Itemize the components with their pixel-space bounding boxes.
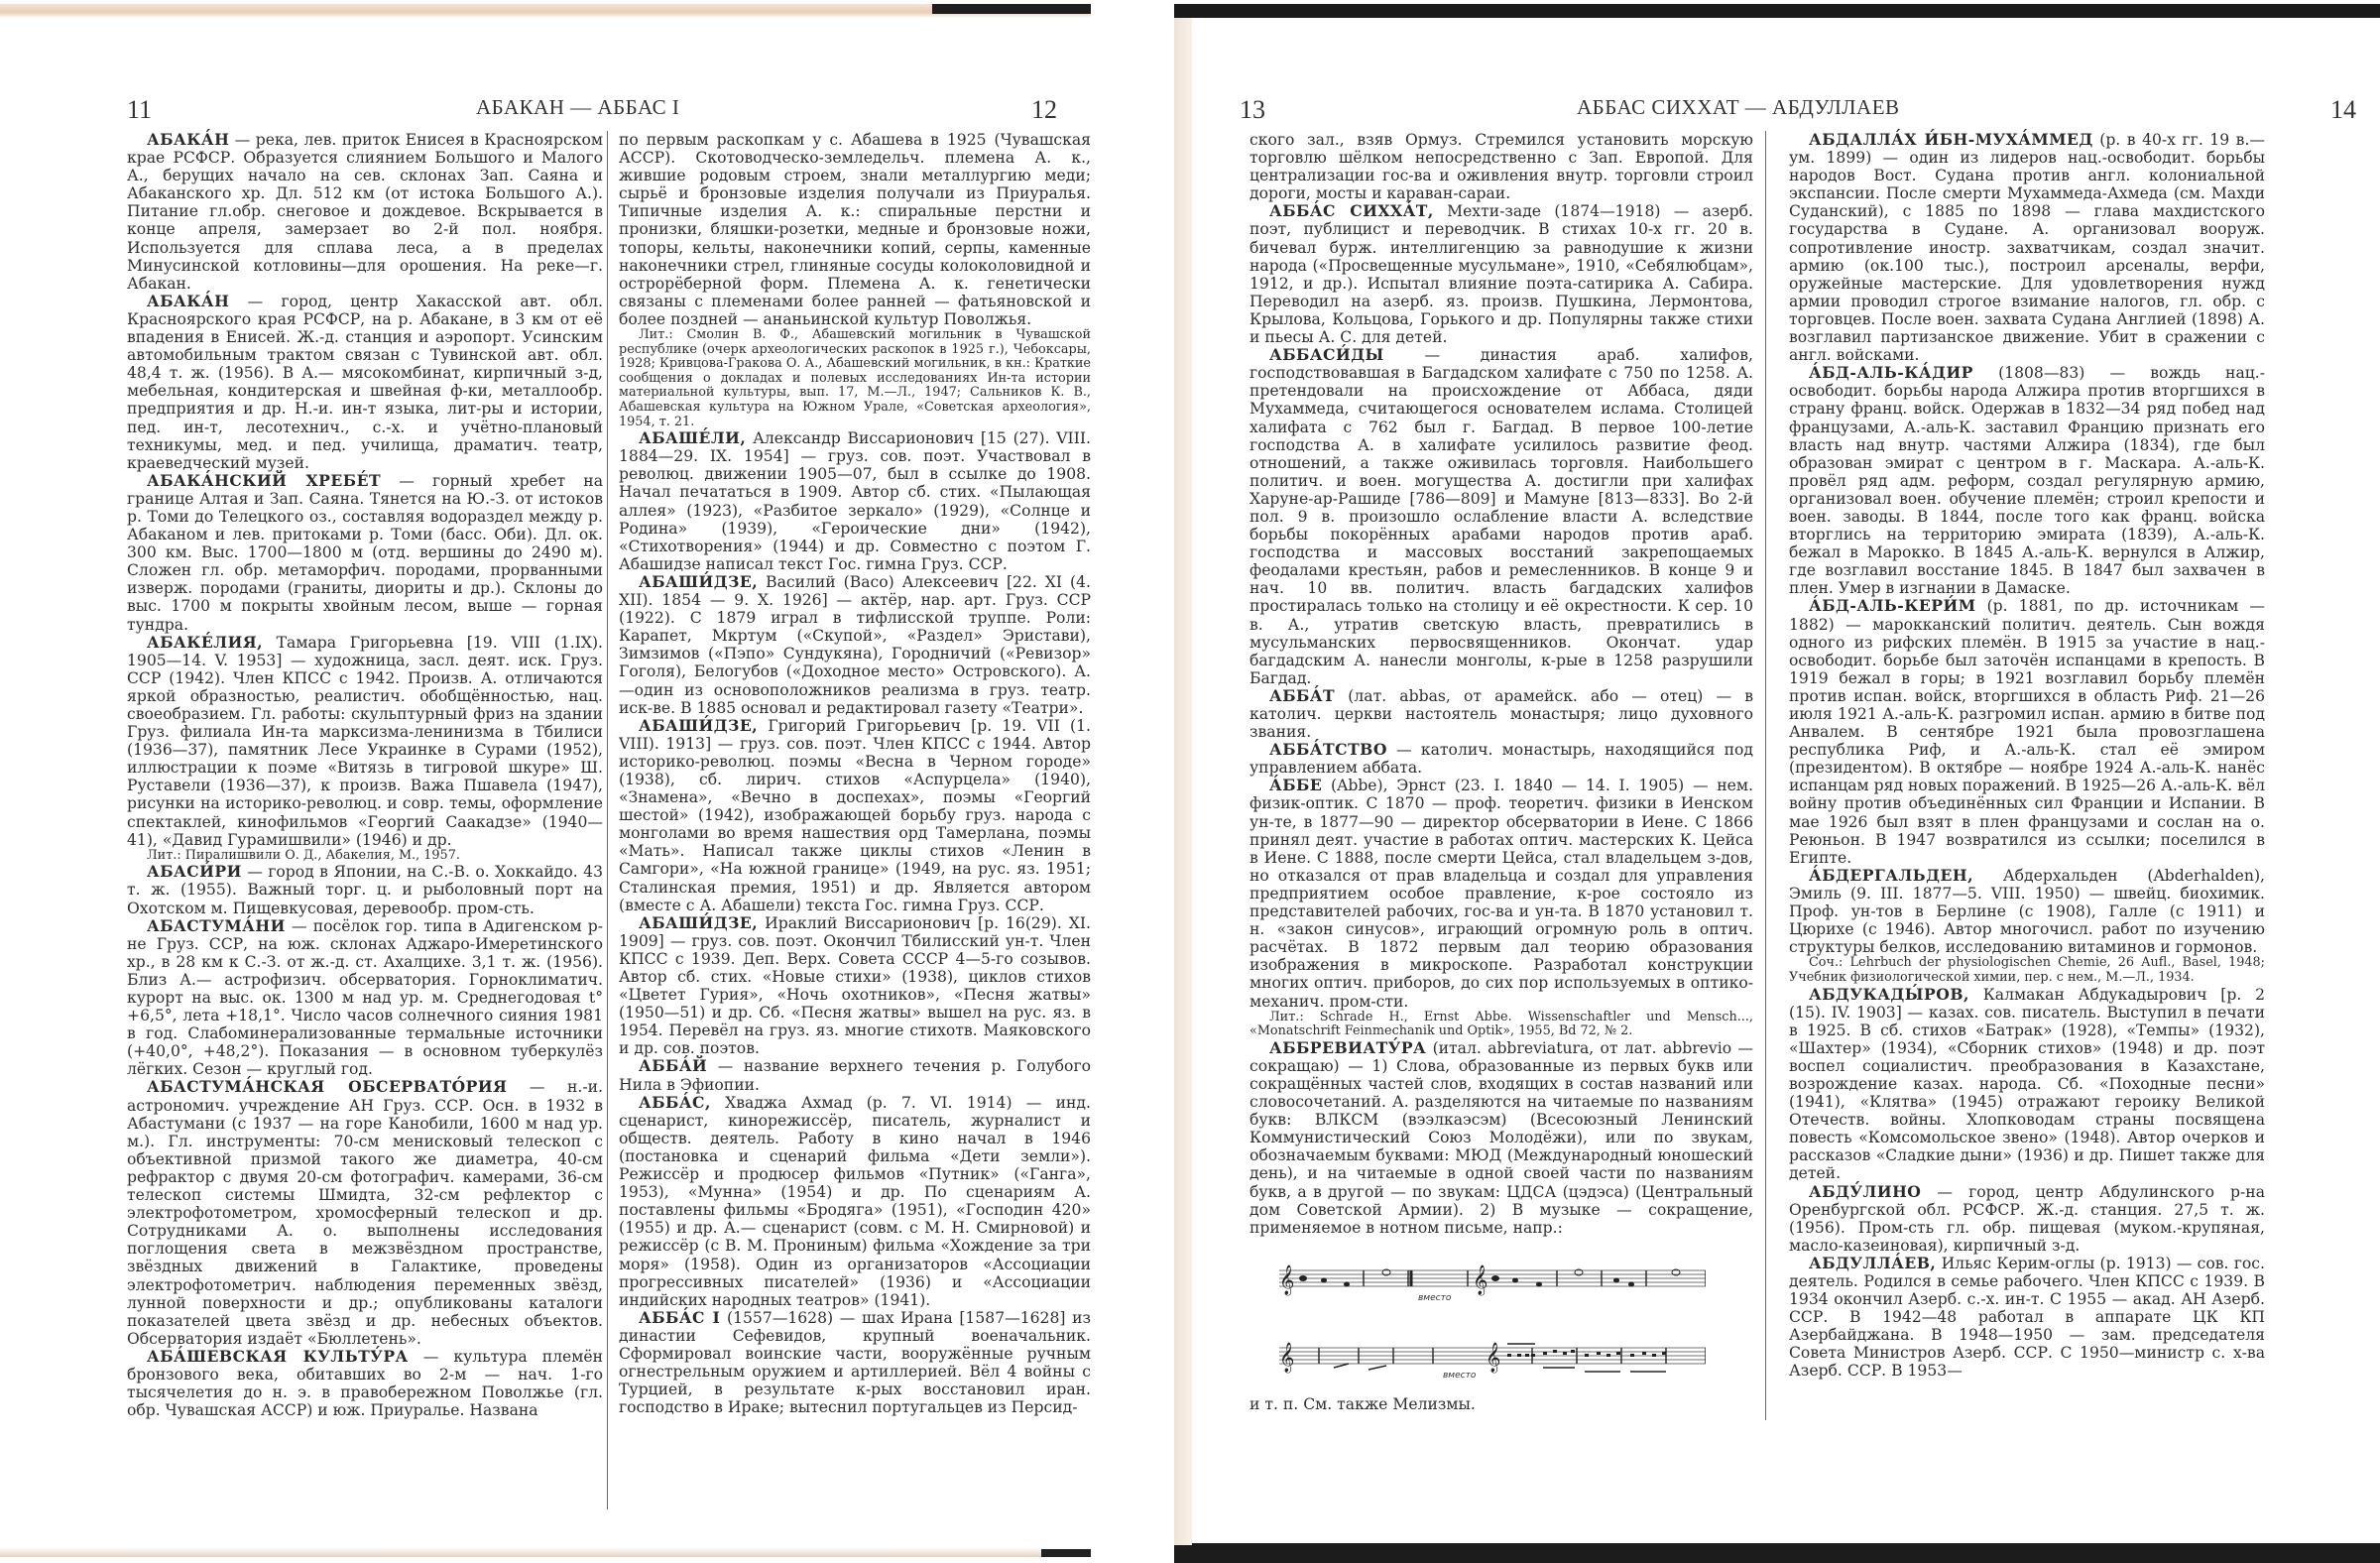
entry-body: (р. в 40-х гг. 19 в.— ум. 1899) — один и…: [1789, 131, 2265, 364]
column-rule: [607, 131, 608, 1509]
literature-reference: Лит.: Пиралишвили О. Д., Абакелия, М., 1…: [127, 849, 603, 864]
instead-label: вместо: [1418, 1293, 1452, 1303]
entry-headword: АБАСИ́РИ: [147, 862, 242, 881]
entry-headword: АБАКА́Н: [147, 130, 229, 149]
page-number-left: 11: [127, 95, 152, 125]
entry-headword: АБДУКАДЫ́РОВ,: [1809, 985, 1969, 1004]
literature-reference: Лит.: Schrade H., Ernst Abbe. Wissenscha…: [1249, 1011, 1753, 1039]
encyclopedia-entry: АБДУЛЛА́ЕВ, Ильяс Керим-оглы (р. 1913) —…: [1789, 1255, 2265, 1381]
encyclopedia-entry: АБАСТУМА́НСКАЯ ОБСЕРВАТО́РИЯ — н.-и. аст…: [127, 1078, 603, 1347]
entry-body: (Abbe), Эрнст (23. I. 1840 — 14. I. 1905…: [1249, 777, 1753, 1010]
entry-body: (итал. abbreviatura, от лат. abbrevio — …: [1249, 1039, 1753, 1237]
entry-body: — посёлок гор. типа в Адигенском р-не Гр…: [127, 917, 603, 1079]
encyclopedia-entry: АББА́Й — название верхнего течения р. Го…: [619, 1057, 1091, 1093]
encyclopedia-entry: АББА́С I (1557—1628) — шах Ирана [1587—1…: [619, 1309, 1091, 1417]
entry-headword: АБАШИ́ДЗЕ,: [639, 572, 758, 591]
entry-headword: АБДУЛЛА́ЕВ,: [1809, 1254, 1936, 1272]
page-number-right: 14: [2330, 95, 2356, 125]
entry-body: Ираклий Виссарионович [р. 16(29). XI. 19…: [619, 914, 1091, 1058]
literature-reference: Соч.: Lehrbuch der physiologischen Chemi…: [1789, 956, 2265, 985]
encyclopedia-entry: А́ББЕ (Abbe), Эрнст (23. I. 1840 — 14. I…: [1249, 777, 1753, 1010]
encyclopedia-entry: АББА́Т (лат. abbas, от арамейск. або — о…: [1249, 687, 1753, 741]
entry-headword: А́БДЕРГАЛЬДЕН,: [1809, 866, 1973, 885]
article-tail: и т. п. См. также Мелизмы.: [1249, 1395, 1753, 1413]
svg-text:𝄞: 𝄞: [1473, 1264, 1487, 1296]
entry-headword: АБАКА́Н: [147, 292, 229, 310]
text-column: АБАКА́Н — река, лев. приток Енисея в Кра…: [127, 131, 603, 1419]
entry-headword: АБАСТУМА́НСКАЯ ОБСЕРВАТО́РИЯ: [147, 1077, 507, 1096]
encyclopedia-entry: АБАКА́Н — река, лев. приток Енисея в Кра…: [127, 131, 603, 293]
entry-body: Мехти-заде (1874—1918) — азерб. поэт, пу…: [1249, 202, 1753, 346]
running-head: АББАС СИХХАТ — АБДУЛЛАЕВ: [1577, 95, 1900, 120]
entry-body: Василий (Васо) Алексеевич [22. XI (4. XI…: [619, 573, 1091, 717]
entry-body: — город, центр Хакасской авт. обл. Красн…: [127, 293, 603, 472]
entry-headword: АБАКЕ́ЛИЯ,: [147, 633, 263, 652]
entry-headword: АБАШИ́ДЗЕ,: [639, 913, 758, 932]
column-rule: [1765, 131, 1766, 1420]
entry-body: — река, лев. приток Енисея в Красноярско…: [127, 131, 603, 293]
encyclopedia-entry: АББА́С, Хваджа Ахмад (р. 7. VI. 1914) — …: [619, 1094, 1091, 1309]
entry-body: Александр Виссарионович [15 (27). VIII. …: [619, 429, 1091, 573]
svg-text:𝄞: 𝄞: [1279, 1264, 1294, 1296]
encyclopedia-entry: АБАШИ́ДЗЕ, Григорий Григорьевич [р. 19. …: [619, 717, 1091, 914]
text-column: по первым раскопкам у с. Абашева в 1925 …: [619, 131, 1091, 1416]
encyclopedia-entry: А́БД-АЛЬ-КА́ДИР (1808—83) — вождь нац.-о…: [1789, 364, 2265, 597]
literature-reference: Лит.: Смолин В. Ф., Абашевский могильник…: [619, 328, 1091, 429]
encyclopedia-entry: АБАШЕ́ЛИ, Александр Виссарионович [15 (2…: [619, 429, 1091, 573]
entry-headword: АББА́С I: [639, 1308, 720, 1327]
entry-body: Григорий Григорьевич [р. 19. VII (1. VII…: [619, 717, 1091, 914]
entry-headword: АББА́Т: [1269, 686, 1335, 705]
encyclopedia-entry: АБАШИ́ДЗЕ, Василий (Васо) Алексеевич [22…: [619, 573, 1091, 717]
entry-headword: А́БД-АЛЬ-КЕРИ́М: [1809, 596, 1975, 615]
entry-headword: АББА́С,: [639, 1093, 711, 1112]
entry-body: — династия араб. халифов, господствовавш…: [1249, 346, 1753, 687]
entry-body: Тамара Григорьевна [19. VIII (1.IX). 190…: [127, 634, 603, 849]
encyclopedia-entry: АБДУКАДЫ́РОВ, Калмакан Абдукадырович [р.…: [1789, 986, 2265, 1183]
encyclopedia-entry: А́БДЕРГАЛЬДЕН, Абдерхальден (Abderhalden…: [1789, 867, 2265, 956]
entry-body: (1808—83) — вождь нац.-освободит. борьбы…: [1789, 364, 2265, 597]
running-head: АБАКАН — АББАС I: [476, 95, 679, 120]
entry-headword: А́ББЕ: [1269, 776, 1322, 794]
encyclopedia-entry: АБДУ́ЛИНО — город, центр Абдулинского р-…: [1789, 1183, 2265, 1255]
left-page: 11 АБАКАН — АББАС I 12 АБАКА́Н — река, л…: [0, 0, 1091, 1563]
encyclopedia-entry: АБДАЛЛА́Х И́БН-МУХА́ММЕД (р. в 40-х гг. …: [1789, 131, 2265, 364]
encyclopedia-entry: АБА́ШЕВСКАЯ КУЛЬТУ́РА — культура племён …: [127, 1348, 603, 1419]
page-number-right: 12: [1031, 95, 1057, 125]
entry-headword: А́БД-АЛЬ-КА́ДИР: [1809, 363, 1973, 382]
entry-body: Ильяс Керим-оглы (р. 1913) — сов. гос. д…: [1789, 1255, 2265, 1381]
entry-headword: АБДАЛЛА́Х И́БН-МУХА́ММЕД: [1809, 130, 2093, 149]
encyclopedia-entry: АББАСИ́ДЫ — династия араб. халифов, госп…: [1249, 346, 1753, 687]
encyclopedia-entry: АБАСИ́РИ — город в Японии, на С.-В. о. Х…: [127, 863, 603, 916]
page-number-left: 13: [1240, 95, 1265, 125]
encyclopedia-entry: АБАКЕ́ЛИЯ, Тамара Григорьевна [19. VIII …: [127, 634, 603, 849]
entry-headword: АББА́С СИХХА́Т,: [1269, 201, 1434, 220]
encyclopedia-entry: АББРЕВИАТУ́РА (итал. abbreviatura, от ла…: [1249, 1039, 1753, 1237]
entry-body: Калмакан Абдукадырович [р. 2 (15). IV. 1…: [1789, 986, 2265, 1183]
right-page: 13 АББАС СИХХАТ — АБДУЛЛАЕВ 14 ского зал…: [1190, 0, 2380, 1563]
encyclopedia-entry: АББА́С СИХХА́Т, Мехти-заде (1874—1918) —…: [1249, 202, 1753, 346]
encyclopedia-entry: АБАКА́НСКИЙ ХРЕБЕ́Т — горный хребет на г…: [127, 472, 603, 634]
staff-notation-icon: 𝄞𝄞 𝄞𝄞: [1269, 1251, 1706, 1389]
entry-headword: АБАКА́НСКИЙ ХРЕБЕ́Т: [147, 471, 381, 490]
entry-body: Хваджа Ахмад (р. 7. VI. 1914) — инд. сце…: [619, 1094, 1091, 1309]
entry-body: — н.-и. астрономич. учреждение АН Груз. …: [127, 1078, 603, 1347]
entry-headword: АБАШЕ́ЛИ,: [639, 428, 746, 447]
instead-label: вместо: [1443, 1371, 1477, 1381]
entry-headword: АБА́ШЕВСКАЯ КУЛЬТУ́РА: [147, 1347, 409, 1366]
entry-headword: АБАСТУМА́НИ: [147, 916, 286, 935]
entry-body: — горный хребет на границе Алтая и Зап. …: [127, 472, 603, 634]
entry-headword: АББАСИ́ДЫ: [1269, 345, 1384, 364]
text-column: АБДАЛЛА́Х И́БН-МУХА́ММЕД (р. в 40-х гг. …: [1789, 131, 2265, 1381]
svg-text:𝄞: 𝄞: [1486, 1342, 1500, 1374]
encyclopedia-entry: АБАСТУМА́НИ — посёлок гор. типа в Адиген…: [127, 917, 603, 1079]
text-column: ского зал., взяв Ормуз. Стремился устано…: [1249, 131, 1753, 1413]
article-continuation: ского зал., взяв Ормуз. Стремился устано…: [1249, 131, 1753, 202]
encyclopedia-entry: АБАКА́Н — город, центр Хакасской авт. об…: [127, 293, 603, 472]
entry-headword: АББА́Й: [639, 1056, 707, 1075]
encyclopedia-entry: А́БД-АЛЬ-КЕРИ́М (р. 1881, по др. источни…: [1789, 597, 2265, 866]
music-notation-example: 𝄞𝄞 𝄞𝄞: [1269, 1251, 1753, 1389]
encyclopedia-entry: АБАШИ́ДЗЕ, Ираклий Виссарионович [р. 16(…: [619, 914, 1091, 1058]
entry-headword: АБДУ́ЛИНО: [1809, 1182, 1921, 1201]
entry-headword: АББА́ТСТВО: [1269, 740, 1387, 759]
gutter: [1091, 0, 1174, 1563]
entry-headword: АББРЕВИАТУ́РА: [1269, 1038, 1426, 1057]
encyclopedia-entry: АББА́ТСТВО — католич. монастырь, находящ…: [1249, 741, 1753, 777]
svg-text:𝄞: 𝄞: [1279, 1342, 1294, 1374]
article-continuation: по первым раскопкам у с. Абашева в 1925 …: [619, 131, 1091, 328]
entry-headword: АБАШИ́ДЗЕ,: [639, 716, 758, 735]
entry-body: (р. 1881, по др. источникам — 1882) — ма…: [1789, 597, 2265, 866]
